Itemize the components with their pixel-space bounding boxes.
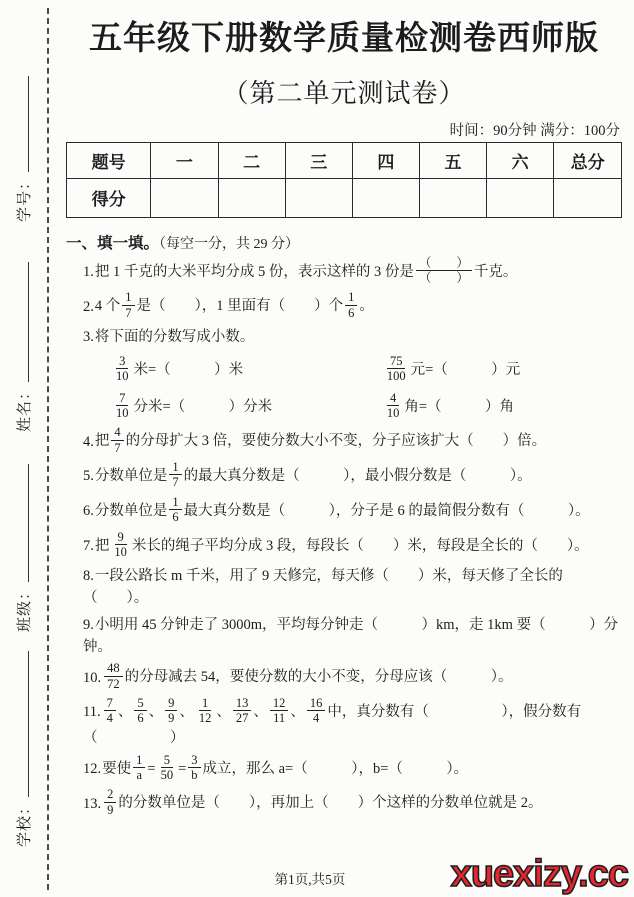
question-number: 6. [83,503,94,519]
question-item: 4.把47的分母扩大 3 倍，要使分数大小不变，分子应该扩大（ ）倍。 [66,427,622,457]
question-text: 成立，那么 a=（ ），b=（ ）。 [203,761,469,777]
question-number: 9. [83,617,94,633]
question-item: 7.把910米长的绳子平均分成 3 段，每段长（ ）米，每段是全长的（ ）。 [66,532,622,562]
fraction: 16 [345,290,357,320]
question-item: 13.29的分数单位是（ ），再加上（ ）个这样的分数单位就是 2。 [66,789,622,819]
sub-item: 75100元=（ ）元 [382,356,622,386]
score-cell [285,178,352,217]
question-item: 6.分数单位是16最大真分数是（ ），分子是 6 的最简假分数有（ ）。 [66,497,622,527]
question-item: 9.小明用 45 分钟走了 3000m，平均每分钟走（ ）km，走 1km 要（… [66,615,622,659]
score-header-col: 三 [285,142,352,178]
student-id-label: 学号： [17,174,33,222]
question-item: 12.要使1a=550=3b成立，那么 a=（ ），b=（ ）。 [66,755,622,785]
score-header-label: 题号 [67,142,151,178]
question-number: 1. [83,264,94,280]
sub-items: 310米=（ ）米75100元=（ ）元710分米=（ ）分米410角=（ ）角 [83,356,622,423]
question-item: 11.74、56、99、112、1327、1211、164中，真分数有（ ），假… [66,698,622,750]
question-number: 5. [83,468,94,484]
student-id-blank-line [26,76,29,172]
fraction: 910 [111,530,130,560]
fraction: 4872 [104,661,123,691]
sidebar-item-class: 班级： [13,464,34,632]
paper-subtitle: （第二单元测试卷） [66,73,622,110]
school-blank-line [26,651,29,797]
question-text: = [178,761,186,777]
question-number: 12. [83,761,101,777]
fraction: （ ）（ ） [416,256,472,286]
question-number: 13. [83,796,101,812]
question-text: 将下面的分数写成小数。 [95,329,255,345]
question-text: 。 [359,299,374,315]
question-text: 一段公路长 m 千米，用了 9 天修完，每天修（ ）米，每天修了全长的（ ）。 [83,568,563,606]
score-cell [151,178,218,217]
question-text: = [147,761,155,777]
question-text: 的分数单位是（ ），再加上（ ）个这样的分数单位就是 2。 [118,796,542,812]
score-cell [487,178,554,217]
question-text: 米=（ ）米 [134,362,244,378]
fraction: 75100 [384,354,409,384]
fraction: 310 [113,354,132,384]
question-item: 5.分数单位是17的最大真分数是（ ），最小假分数是（ ）。 [66,462,622,492]
section-score-note: （每空一分，共 29 分） [159,237,299,252]
question-number: 11. [83,704,101,720]
question-text: 是（ ），1 里面有（ ）个 [137,299,344,315]
sub-item: 410角=（ ）角 [382,393,622,423]
fraction: 410 [384,391,403,421]
sub-item: 710分米=（ ）分米 [111,393,382,423]
fraction: 17 [122,290,134,320]
fraction: 550 [158,753,177,783]
sub-item: 310米=（ ）米 [111,356,382,386]
fraction: 1211 [270,696,289,726]
question-text: 的分母减去 54，要使分数的大小不变，分母应该（ ）。 [125,670,513,686]
score-header-col: 二 [218,142,285,178]
name-blank-line [26,262,29,382]
question-text: 的分母扩大 3 倍，要使分数大小不变，分子应该扩大（ ）倍。 [126,434,547,450]
score-header-col: 总分 [554,142,622,178]
question-text: 角=（ ）角 [404,399,514,415]
class-label: 班级： [17,584,33,632]
question-text: 千克。 [474,264,518,280]
fraction: 29 [104,787,116,817]
section-title: 一、填一填。 [66,235,159,252]
fraction: 710 [113,391,132,421]
question-text: 、 [179,704,194,720]
binding-fold-line [47,8,49,890]
question-text: 把 [95,434,110,450]
question-text: 最大真分数是（ ），分子是 6 的最简假分数有（ ）。 [184,503,590,519]
fraction: 1327 [233,696,252,726]
question-item: 3.将下面的分数写成小数。310米=（ ）米75100元=（ ）元710分米=（… [66,327,622,422]
question-text: 、 [216,704,231,720]
sidebar-item-school: 学校： [13,651,34,847]
sidebar-item-name: 姓名： [13,262,34,432]
fraction: 16 [169,495,181,525]
fraction: 3b [188,753,200,783]
score-cell [554,178,622,217]
question-item: 1.把 1 千克的大米平均分成 5 份，表示这样的 3 份是（ ）（ ）千克。 [66,258,622,288]
paper-body: 五年级下册数学质量检测卷西师版 （第二单元测试卷） 时间：90分钟 满分：100… [66,20,622,824]
question-text: 分数单位是 [95,503,168,519]
question-text: 、 [118,704,133,720]
fraction: 74 [104,696,116,726]
question-item: 10.4872的分母减去 54，要使分数的大小不变，分母应该（ ）。 [66,663,622,693]
site-watermark: xuexizy.cc [451,853,628,896]
question-item: 2.4 个17是（ ），1 里面有（ ）个16。 [66,292,622,322]
score-table-header-row: 题号 一 二 三 四 五 六 总分 [67,142,622,178]
score-header-col: 五 [419,142,486,178]
question-text: 把 1 千克的大米平均分成 5 份，表示这样的 3 份是 [95,264,414,280]
score-row-label: 得分 [67,178,151,217]
score-cell [352,178,419,217]
score-table-score-row: 得分 [67,178,622,217]
question-number: 4. [83,434,94,450]
score-header-col: 六 [487,142,554,178]
paper-title: 五年级下册数学质量检测卷西师版 [66,20,622,60]
fraction: 56 [134,696,146,726]
class-blank-line [26,464,29,582]
question-text: 要使 [102,761,131,777]
name-label: 姓名： [17,384,33,432]
question-text: 的最大真分数是（ ），最小假分数是（ ）。 [184,468,532,484]
score-table: 题号 一 二 三 四 五 六 总分 得分 [66,142,622,218]
question-number: 2. [83,299,94,315]
fraction: 112 [196,696,215,726]
time-and-score-info: 时间：90分钟 满分：100分 [68,119,620,140]
question-item: 8.一段公路长 m 千米，用了 9 天修完，每天修（ ）米，每天修了全长的（ ）… [66,566,622,610]
fraction: 164 [307,696,326,726]
sidebar-item-student-id: 学号： [13,76,34,222]
question-text: 、 [149,704,164,720]
question-text: 米长的绳子平均分成 3 段，每段长（ ）米，每段是全长的（ ）。 [132,538,589,554]
question-text: 分米=（ ）分米 [134,399,273,415]
question-text: 4 个 [95,299,120,315]
question-number: 3. [83,329,94,345]
fraction: 99 [165,696,177,726]
question-number: 8. [83,568,94,584]
fraction: 47 [111,425,123,455]
question-text: 元=（ ）元 [411,362,521,378]
page-number: 第1页,共5页 [240,868,380,888]
question-text: 把 [95,538,110,554]
fraction: 17 [169,460,181,490]
question-text: 、 [253,704,268,720]
score-header-col: 一 [151,142,218,178]
question-text: 小明用 45 分钟走了 3000m，平均每分钟走（ ）km，走 1km 要（ ）… [83,617,618,655]
question-text: 分数单位是 [95,468,168,484]
score-header-col: 四 [352,142,419,178]
question-list: 1.把 1 千克的大米平均分成 5 份，表示这样的 3 份是（ ）（ ）千克。2… [66,258,622,820]
question-text: 、 [290,704,305,720]
fraction: 1a [133,753,145,783]
question-number: 10. [83,670,101,686]
score-cell [419,178,486,217]
question-number: 7. [83,538,94,554]
school-label: 学校： [17,799,33,847]
section-heading: 一、填一填。（每空一分，共 29 分） [66,231,622,253]
score-cell [218,178,285,217]
